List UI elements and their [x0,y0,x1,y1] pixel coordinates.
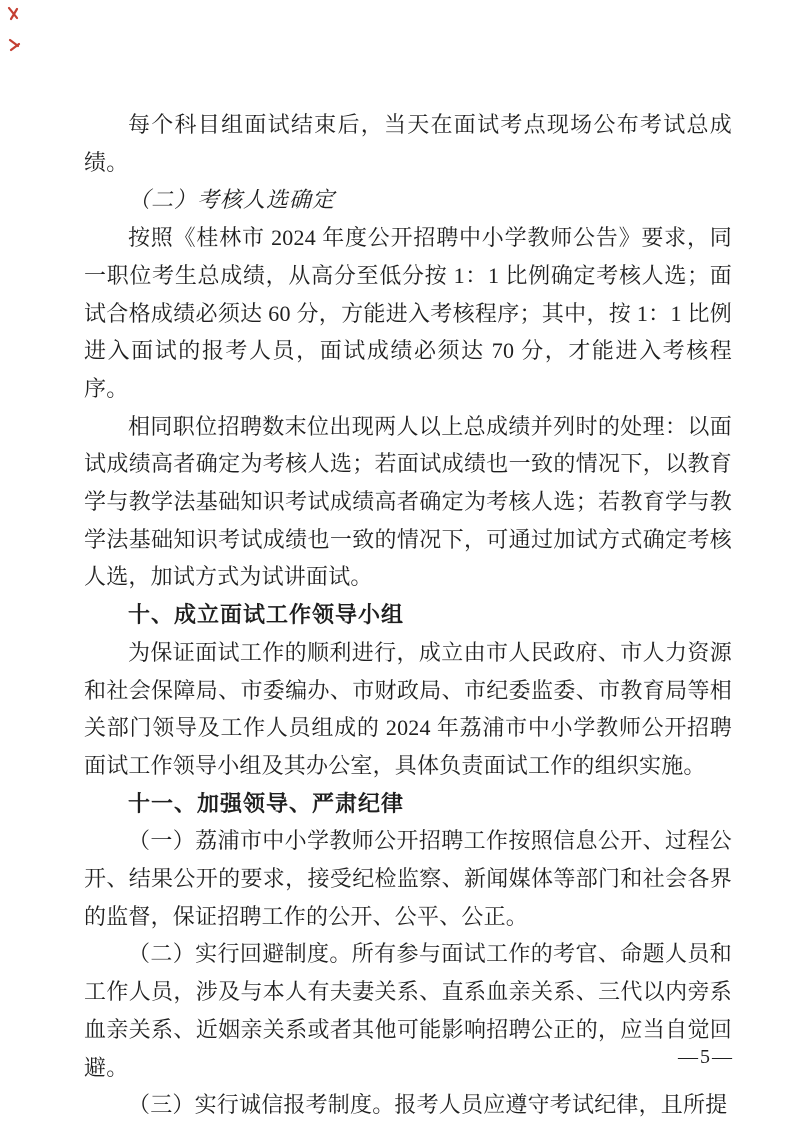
paragraph: （三）实行诚信报考制度。报考人员应遵守考试纪律，且所提 [84,1086,732,1124]
red-scan-artifact-marks [5,4,25,60]
paragraph: 按照《桂林市 2024 年度公开招聘中小学教师公告》要求，同一职位考生总成绩，从… [84,219,732,408]
paragraph: 每个科目组面试结束后，当天在面试考点现场公布考试总成绩。 [84,106,732,181]
paragraph: （二）实行回避制度。所有参与面试工作的考官、命题人员和工作人员，涉及与本人有夫妻… [84,935,732,1086]
page-number: —5— [678,1046,734,1069]
paragraph: 相同职位招聘数末位出现两人以上总成绩并列时的处理：以面试成绩高者确定为考核人选；… [84,408,732,597]
section-heading: 十一、加强领导、严肃纪律 [84,785,732,823]
paragraph: 为保证面试工作的顺利进行，成立由市人民政府、市人力资源和社会保障局、市委编办、市… [84,634,732,785]
document-body: 每个科目组面试结束后，当天在面试考点现场公布考试总成绩。（二）考核人选确定按照《… [84,106,732,1124]
paragraph: （一）荔浦市中小学教师公开招聘工作按照信息公开、过程公开、结果公开的要求，接受纪… [84,822,732,935]
document-page: 每个科目组面试结束后，当天在面试考点现场公布考试总成绩。（二）考核人选确定按照《… [0,0,800,1131]
section-heading: 十、成立面试工作领导小组 [84,596,732,634]
subsection-heading: （二）考核人选确定 [84,181,732,219]
